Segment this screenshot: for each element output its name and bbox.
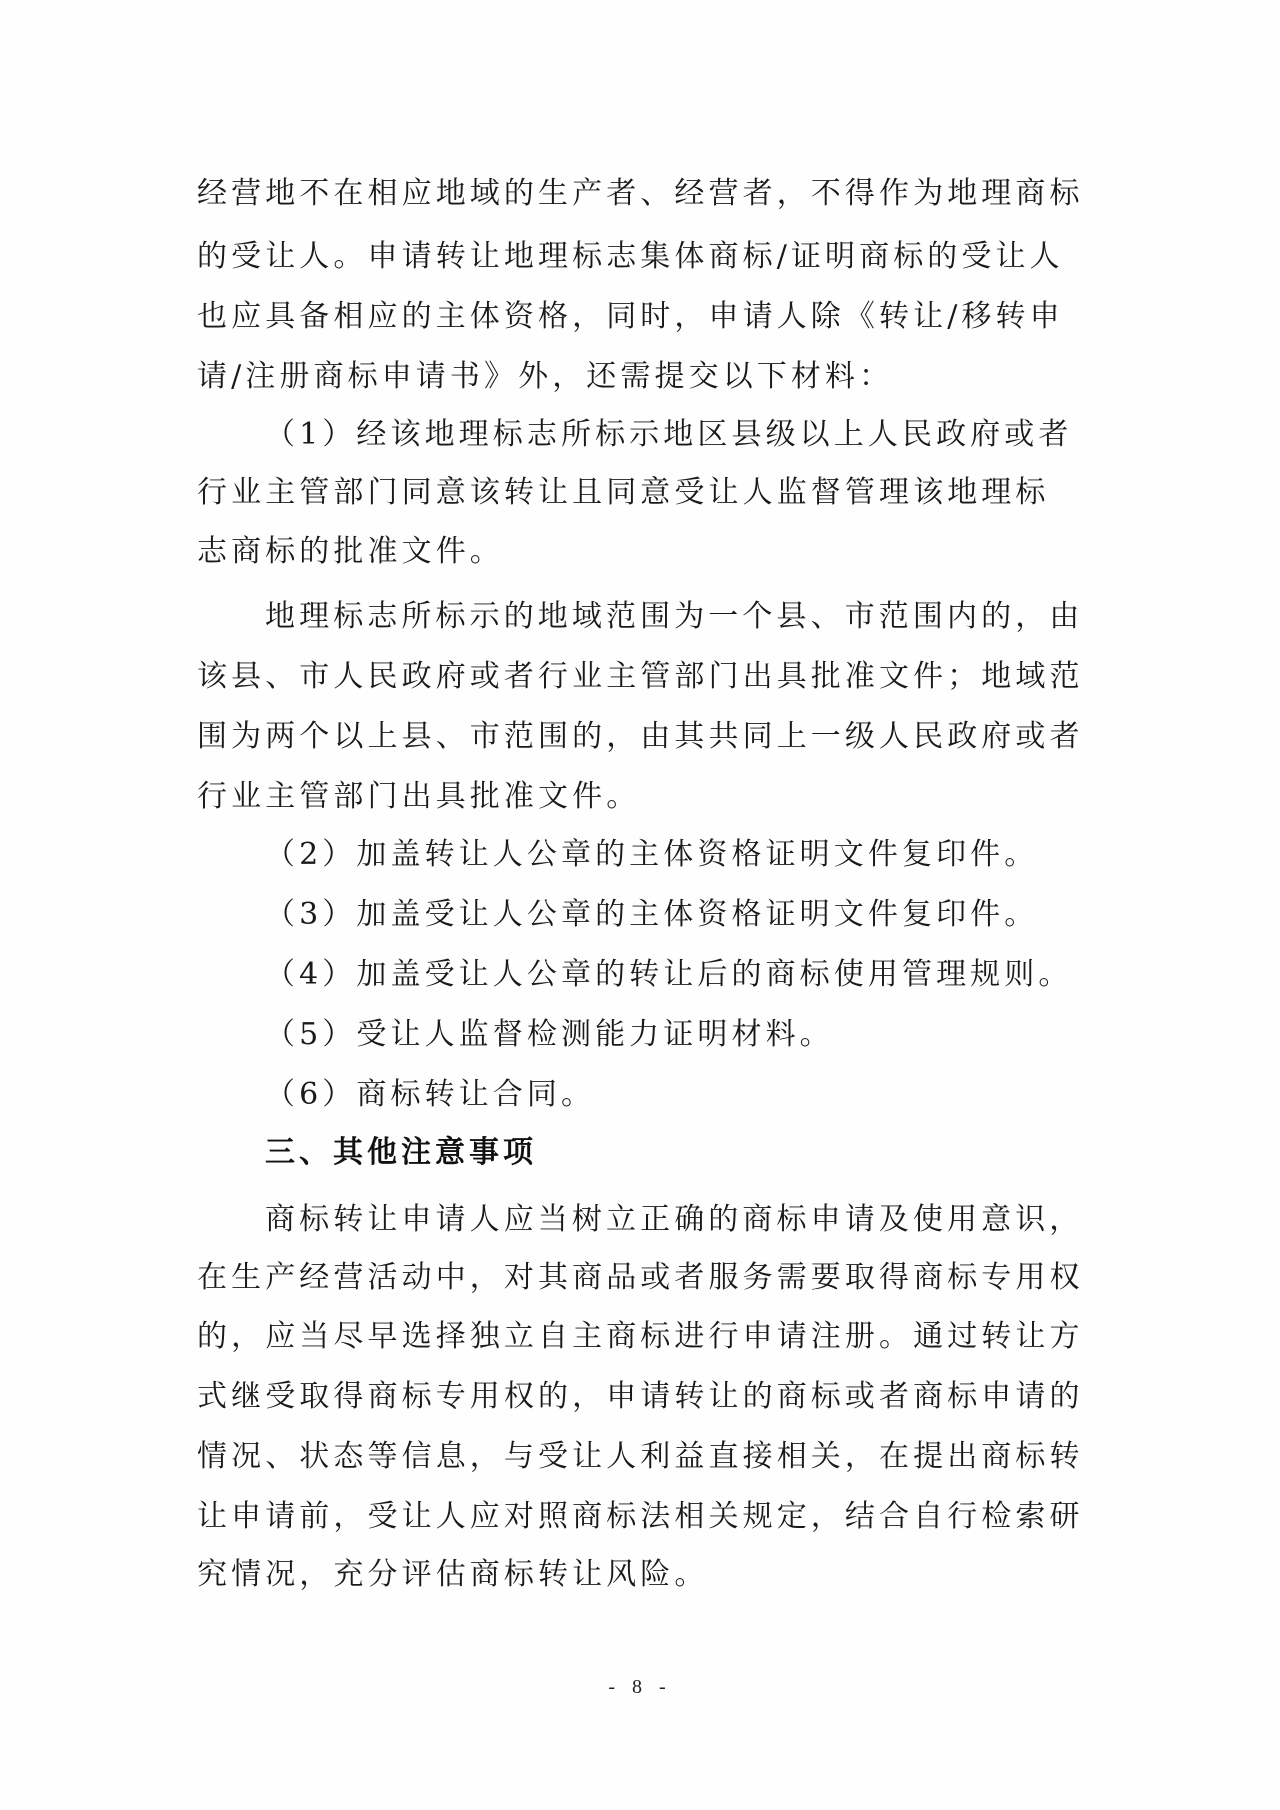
text-line-19: 的，应当尽早选择独立自主商标进行申请注册。通过转让方 (197, 1319, 1084, 1355)
list-item-2: （2）加盖转让人公章的主体资格证明文件复印件。 (265, 837, 1038, 873)
document-page: 经营地不在相应地域的生产者、经营者，不得作为地理商标 的受让人。申请转让地理标志… (0, 0, 1280, 1810)
section-heading: 三、其他注意事项 (265, 1135, 537, 1171)
text-line-18: 在生产经营活动中，对其商品或者服务需要取得商标专用权 (197, 1260, 1084, 1296)
text-line-23: 究情况，充分评估商标转让风险。 (197, 1557, 709, 1593)
text-line-11: 行业主管部门出具批准文件。 (197, 779, 640, 815)
text-line-9: 该县、市人民政府或者行业主管部门出具批准文件；地域范 (197, 659, 1084, 695)
text-line-22: 让申请前，受让人应对照商标法相关规定，结合自行检索研 (197, 1499, 1084, 1535)
text-line-4: 请/注册商标申请书》外，还需提交以下材料： (197, 359, 893, 395)
text-line-21: 情况、状态等信息，与受让人利益直接相关，在提出商标转 (197, 1439, 1084, 1475)
text-line-1: 经营地不在相应地域的生产者、经营者，不得作为地理商标 (197, 176, 1084, 212)
text-line-3: 也应具备相应的主体资格，同时，申请人除《转让/移转申 (197, 299, 1064, 335)
text-line-7: 志商标的批准文件。 (197, 534, 504, 570)
page-number: - 8 - (0, 1676, 1280, 1699)
text-line-8: 地理标志所标示的地域范围为一个县、市范围内的，由 (265, 599, 1083, 635)
list-item-5: （5）受让人监督检测能力证明材料。 (265, 1017, 834, 1053)
text-line-17: 商标转让申请人应当树立正确的商标申请及使用意识， (265, 1202, 1083, 1238)
list-item-3: （3）加盖受让人公章的主体资格证明文件复印件。 (265, 897, 1038, 933)
text-line-6: 行业主管部门同意该转让且同意受让人监督管理该地理标 (197, 475, 1050, 511)
list-item-4: （4）加盖受让人公章的转让后的商标使用管理规则。 (265, 957, 1073, 993)
list-item-6: （6）商标转让合同。 (265, 1077, 595, 1113)
list-item-1: （1）经该地理标志所标示地区县级以上人民政府或者 (265, 417, 1073, 453)
text-line-10: 围为两个以上县、市范围的，由其共同上一级人民政府或者 (197, 719, 1084, 755)
text-line-2: 的受让人。申请转让地理标志集体商标/证明商标的受让人 (197, 239, 1064, 275)
text-line-20: 式继受取得商标专用权的，申请转让的商标或者商标申请的 (197, 1379, 1084, 1415)
